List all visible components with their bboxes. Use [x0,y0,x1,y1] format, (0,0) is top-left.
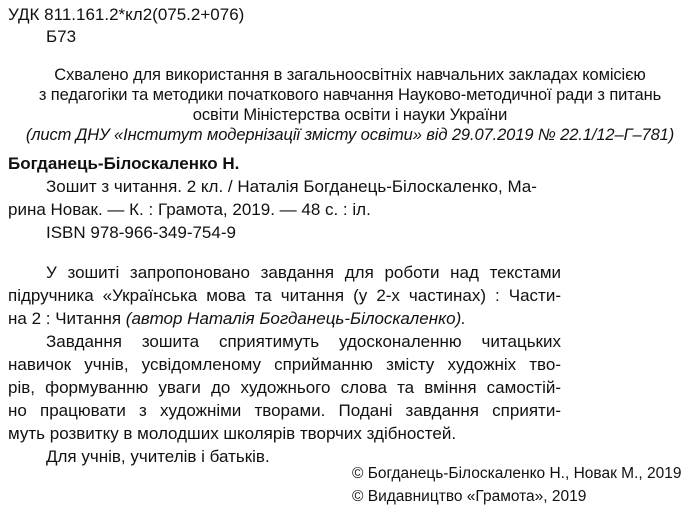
author-sign: Б73 [46,28,76,45]
copyright-line: © Богданець-Білоскаленко Н., Новак М., 2… [352,466,682,482]
bib-line: Зошит з читання. 2 кл. / Наталія Богдане… [46,178,537,195]
annotation-line: муть розвитку в молодших школярів творчи… [8,425,456,442]
annotation-line: но працювати з художніми творами. Подані… [8,402,561,419]
copyright-line: © Видавництво «Грамота», 2019 [352,489,586,505]
annotation-line: на 2 : Читання (автор Наталія Богданець-… [8,310,466,327]
annotation-author-note: (автор Наталія Богданець-Білоскаленко). [126,309,466,328]
approval-reference: (лист ДНУ «Інститут модернізації змісту … [0,127,700,144]
audience-note: Для учнів, учителів і батьків. [46,448,270,465]
annotation-line: У зошиті запропоновано завдання для робо… [46,264,561,281]
approval-line: освіти Міністерства освіти і науки Украї… [0,107,700,124]
annotation-text: на 2 : Читання [8,309,126,328]
udk-code: УДК 811.161.2*кл2(075.2+076) [8,6,244,23]
annotation-line: підручника «Українська мова та читання (… [8,287,561,304]
approval-line: Схвалено для використання в загальноосві… [0,67,700,84]
author-heading: Богданець-Білоскаленко Н. [8,155,239,172]
annotation-line: рів, формуванню уваги до художнього слов… [8,379,561,396]
annotation-line: навичок учнів, усвідомленому сприйманню … [8,356,561,373]
annotation-line: Завдання зошита сприятимуть удосконаленн… [46,333,561,350]
approval-line: з педагогіки та методики початкового нав… [0,87,700,104]
isbn: ISBN 978-966-349-754-9 [46,224,236,241]
bib-line: рина Новак. — К. : Грамота, 2019. — 48 с… [8,201,371,218]
